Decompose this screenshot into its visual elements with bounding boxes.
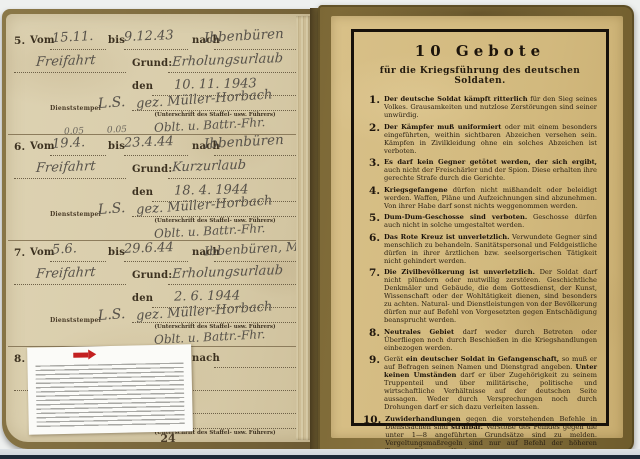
handwritten-from-date: 19.4.	[52, 135, 86, 152]
handwritten-reason: Erholungsurlaub	[172, 263, 284, 282]
gebot-text: Es darf kein Gegner getötet werden, der …	[384, 158, 597, 182]
gebote-sheet: 10 Gebote für die Kriegsführung des deut…	[331, 16, 623, 438]
gebot-number: 6.	[363, 233, 380, 265]
leave-entry: 6. Vom 19.4. bis 23.4.44 nach Ibbenbüren…	[6, 138, 310, 244]
gebot-number: 7.	[363, 268, 380, 324]
entry-number: 5.	[14, 35, 25, 47]
gebot-item: 5.Dum-Dum-Geschosse sind verboten. Gesch…	[363, 213, 597, 229]
handwritten-rank: Oblt. u. Battr.-Fhr.	[154, 221, 266, 241]
grund-label: Grund:	[132, 58, 172, 69]
dotted-line	[214, 261, 298, 262]
soldbuch-left-page: 5. Vom 15.11. bis 9.12.43 nach Ibbenbüre…	[6, 14, 310, 442]
dienststempel-label: Dienststempel	[50, 317, 101, 324]
gebot-text: Der deutsche Soldat kämpft ritterlich fü…	[384, 95, 597, 119]
leave-entry: 5. Vom 15.11. bis 9.12.43 nach Ibbenbüre…	[6, 32, 310, 138]
den-label: den	[132, 293, 153, 304]
dotted-line	[124, 261, 188, 262]
dienststempel-label: Dienststempel	[50, 105, 101, 112]
gebot-number: 1.	[363, 95, 380, 119]
handwritten-annotation: Freifahrt	[35, 265, 95, 282]
gebot-number: 9.	[363, 355, 380, 411]
gebote-frame: 10 Gebote für die Kriegsführung des deut…	[351, 29, 609, 426]
gebot-number: 4.	[363, 186, 380, 210]
dotted-line	[132, 110, 298, 111]
handwritten-destination: Ibbenbüren	[204, 132, 285, 152]
handwritten-to-date: 9.12.43	[124, 28, 174, 45]
handwritten-signature: gez. Müller-Horbach	[136, 299, 273, 323]
dotted-line	[214, 49, 298, 50]
red-arrow-icon	[73, 352, 88, 357]
den-label: den	[132, 81, 153, 92]
handwritten-from-date: 15.11.	[52, 29, 94, 46]
dotted-line	[168, 72, 298, 73]
gebot-number: 2.	[363, 123, 380, 155]
gebot-item: 1.Der deutsche Soldat kämpft ritterlich …	[363, 95, 597, 119]
gebot-item: 8.Neutrales Gebiet darf weder durch Betr…	[363, 328, 597, 352]
dotted-line	[132, 216, 298, 217]
dotted-line	[14, 72, 126, 73]
gebot-item: 9.Gerät ein deutscher Soldat in Gefangen…	[363, 355, 597, 411]
handwritten-signature: gez. Müller-Horbach	[136, 193, 273, 217]
dienststempel-label: Dienststempel	[50, 211, 101, 218]
handwritten-seal-mark: L.S.	[97, 200, 125, 218]
den-label: den	[132, 187, 153, 198]
gebote-title: 10 Gebote	[362, 42, 598, 60]
entry-number: 6.	[14, 141, 25, 153]
page-number: 24	[146, 432, 190, 442]
handwritten-to-date: 23.4.44	[124, 134, 174, 151]
gebot-item: 3.Es darf kein Gegner getötet werden, de…	[363, 158, 597, 182]
gebot-item: 2.Der Kämpfer muß uniformiert oder mit e…	[363, 123, 597, 155]
grund-label: Grund:	[132, 270, 172, 281]
dotted-line	[124, 155, 188, 156]
bis-label: bis	[108, 35, 125, 46]
dotted-line	[14, 178, 126, 179]
dotted-line	[214, 367, 298, 368]
bis-label: bis	[108, 141, 125, 152]
photo-bottom-line	[0, 455, 640, 459]
gebot-number: 5.	[363, 213, 380, 229]
dotted-line	[168, 284, 298, 285]
dotted-line	[168, 178, 298, 179]
leave-entry: 7. Vom 5.6. bis 29.6.44 nach Ibbenbüren,…	[6, 244, 310, 350]
dotted-line	[14, 284, 126, 285]
gebot-number: 3.	[363, 158, 380, 182]
photo-background: 5. Vom 15.11. bis 9.12.43 nach Ibbenbüre…	[0, 0, 640, 459]
bis-label: bis	[108, 247, 125, 258]
handwritten-seal-mark: L.S.	[97, 306, 125, 324]
soldbuch-back-cover: 10 Gebote für die Kriegsführung des deut…	[318, 5, 634, 452]
handwritten-annotation: Freifahrt	[35, 159, 95, 176]
dotted-line	[132, 322, 298, 323]
dotted-line	[50, 49, 106, 50]
nach-label: nach	[192, 353, 220, 364]
handwritten-reason: Erholungsurlaub	[172, 51, 284, 70]
pasted-label	[27, 344, 193, 434]
entry-number: 7.	[14, 247, 25, 259]
gebot-item: 7.Die Zivilbevölkerung ist unverletzlich…	[363, 268, 597, 324]
gebote-subtitle: für die Kriegsführung des deutschen Sold…	[362, 66, 598, 86]
gebot-text: Dum-Dum-Geschosse sind verboten. Geschos…	[384, 213, 597, 229]
gebot-text: Neutrales Gebiet darf weder durch Betret…	[384, 328, 597, 352]
dotted-line	[50, 155, 106, 156]
gebote-list: 1.Der deutsche Soldat kämpft ritterlich …	[362, 95, 598, 455]
handwritten-to-date: 29.6.44	[124, 240, 174, 257]
grund-label: Grund:	[132, 164, 172, 175]
entry-number: 8.	[14, 353, 25, 365]
handwritten-destination: Ibbenbüren	[204, 26, 285, 46]
handwritten-seal-mark: L.S.	[97, 94, 125, 112]
gebot-text: Die Zivilbevölkerung ist unverletzlich. …	[384, 268, 597, 324]
gebot-text: Der Kämpfer muß uniformiert oder mit ein…	[384, 123, 597, 155]
dotted-line	[50, 261, 106, 262]
gebot-number: 8.	[363, 328, 380, 352]
gebot-text: Gerät ein deutscher Soldat in Gefangensc…	[384, 355, 597, 411]
gebot-text: Das Rote Kreuz ist unverletzlich. Verwun…	[384, 233, 597, 265]
handwritten-signature: gez. Müller-Horbach	[136, 87, 273, 111]
handwritten-reason: Kurzurlaub	[172, 158, 247, 176]
gebot-item: 4.Kriegsgefangene dürfen nicht mißhandel…	[363, 186, 597, 210]
gebot-item: 6.Das Rote Kreuz ist unverletzlich. Verw…	[363, 233, 597, 265]
gebot-text: Kriegsgefangene dürfen nicht mißhandelt …	[384, 186, 597, 210]
handwritten-rank: Oblt. u. Battr.-Fhr.	[154, 115, 266, 135]
handwritten-from-date: 5.6.	[52, 241, 78, 257]
label-fine-print	[35, 362, 184, 428]
dotted-line	[124, 49, 188, 50]
dotted-line	[214, 155, 298, 156]
handwritten-annotation: Freifahrt	[35, 53, 95, 70]
